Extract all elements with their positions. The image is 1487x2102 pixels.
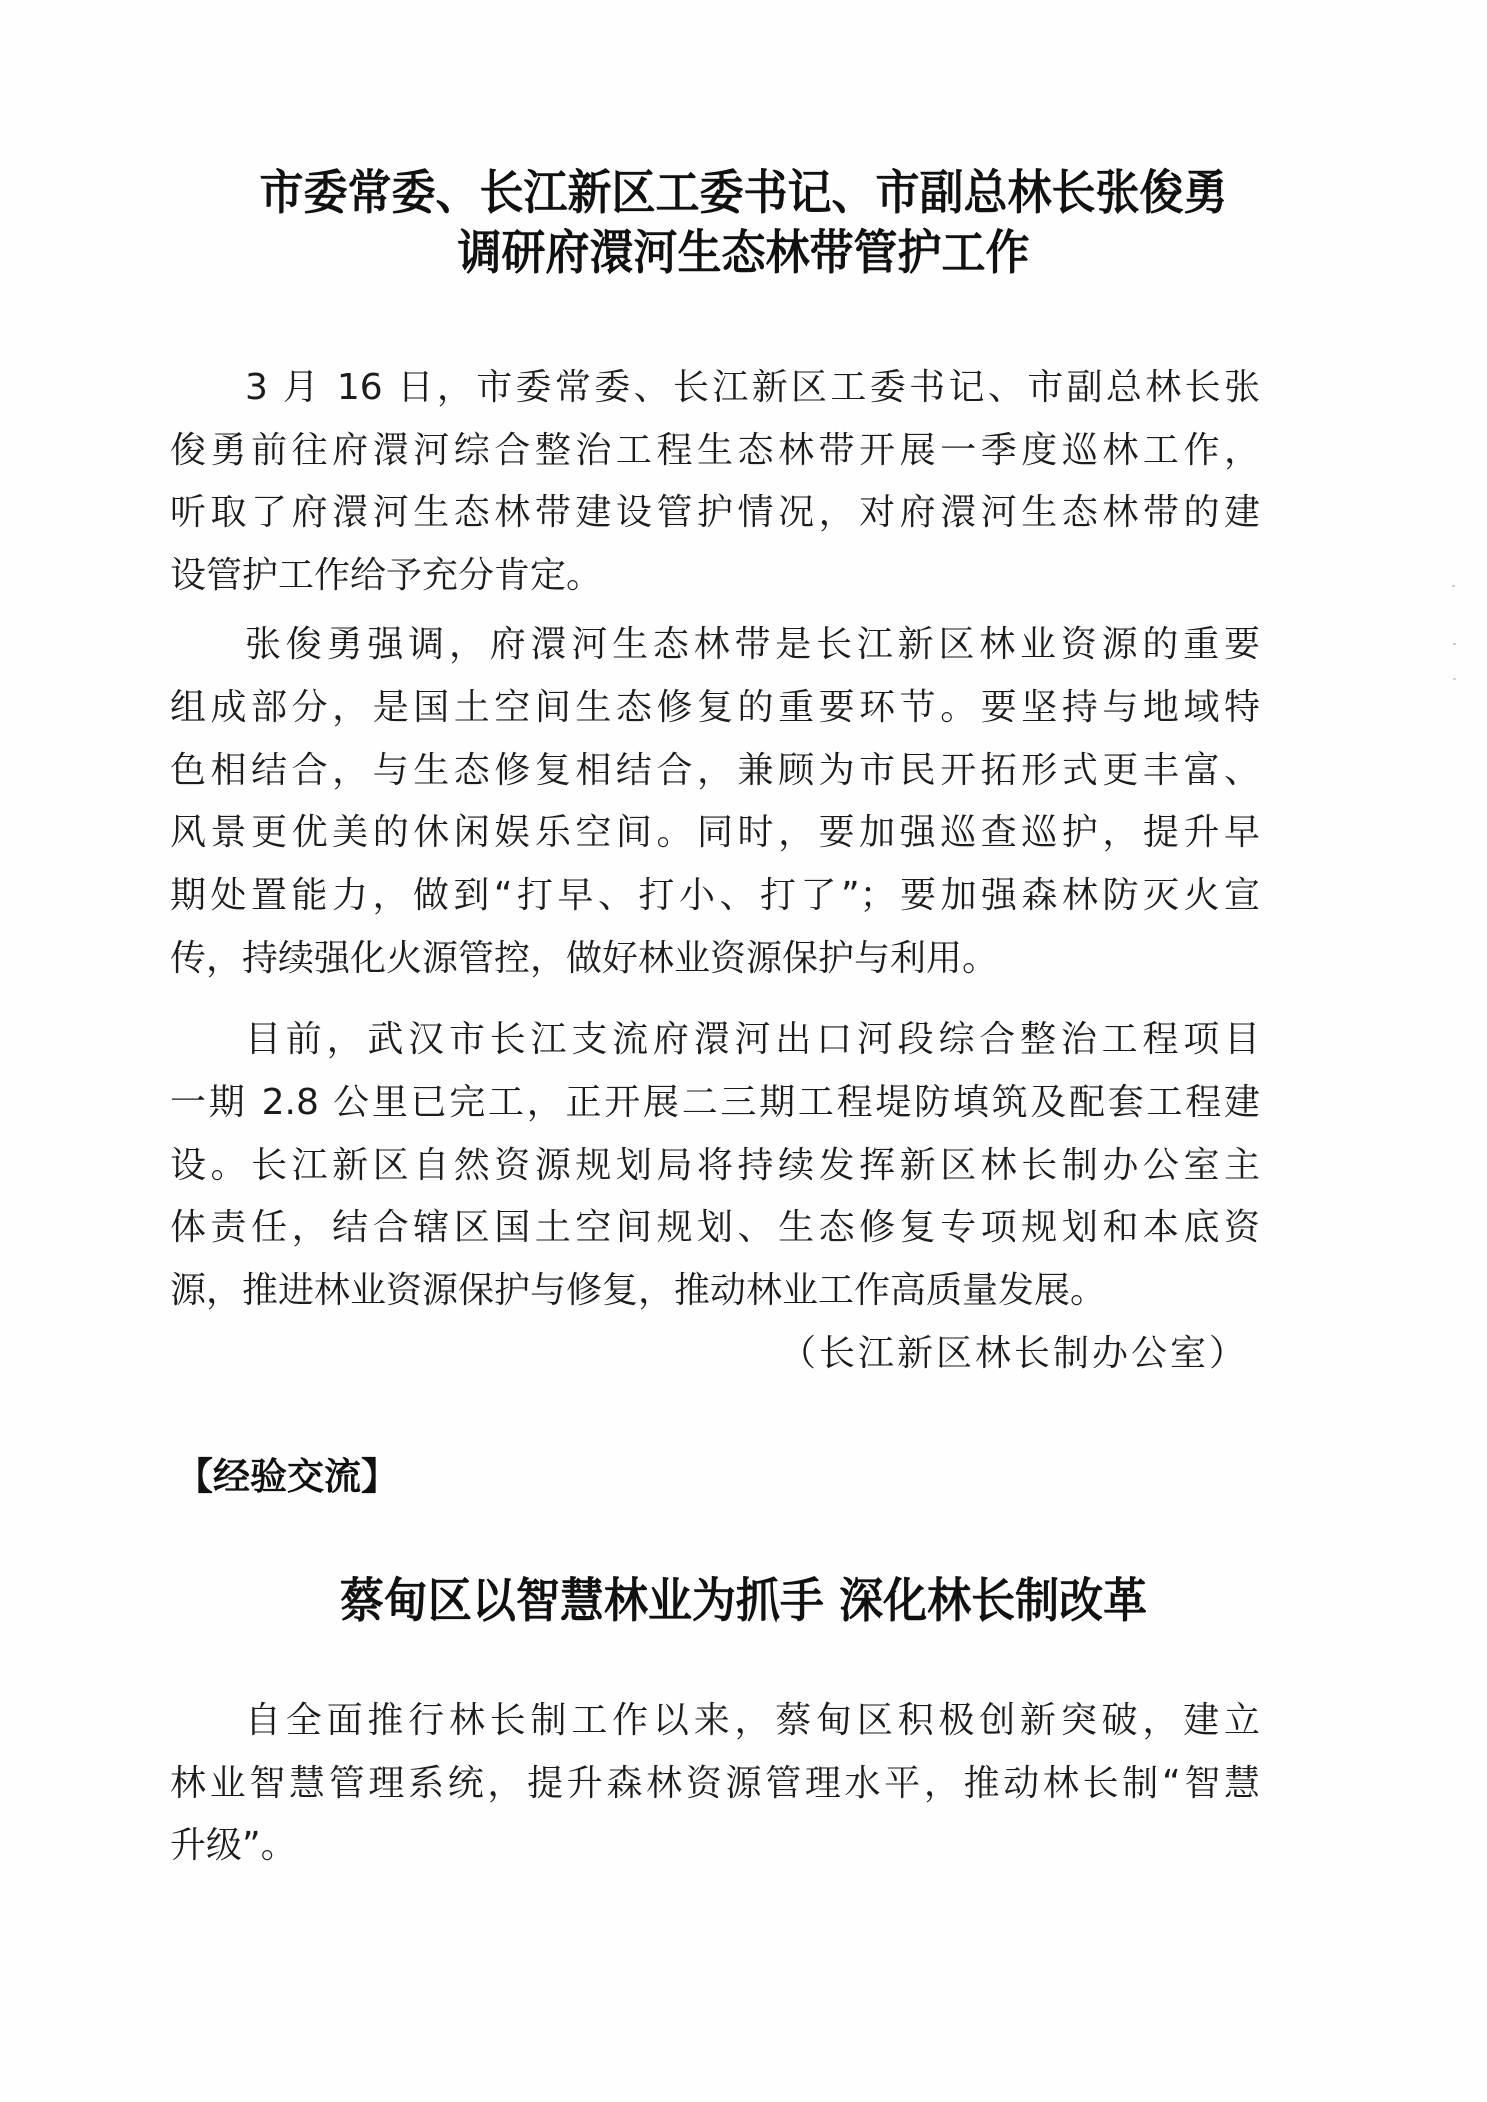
article-2-paragraph-line-3: 升级”。: [170, 1826, 1260, 1866]
scan-speck: [1453, 643, 1456, 645]
article-2-paragraph-line-1: 自全面推行林长制工作以来，蔡甸区积极创新突破，建立: [245, 1701, 1260, 1741]
paragraph-3-line-4: 体责任，结合辖区国土空间规划、生态修复专项规划和本底资: [170, 1208, 1260, 1248]
paragraph-1-line-4: 设管护工作给予充分肯定。: [170, 556, 1260, 596]
scan-speck: [1453, 678, 1456, 680]
paragraph-2-line-3: 色相结合，与生态修复相结合，兼顾为市民开拓形式更丰富、: [170, 751, 1260, 791]
paragraph-1-line-3: 听取了府澴河生态林带建设管护情况，对府澴河生态林带的建: [170, 493, 1260, 533]
scan-speck: [1452, 585, 1455, 587]
paragraph-2-line-5: 期处置能力，做到“打早、打小、打了”；要加强森林防灭火宣: [170, 876, 1260, 916]
paragraph-2-line-6: 传，持续强化火源管控，做好林业资源保护与利用。: [170, 939, 1260, 979]
article-title-line-1: 市委常委、长江新区工委书记、市副总林长张俊勇: [0, 162, 1487, 227]
article-attribution: （长江新区林长制办公室）: [780, 1334, 1240, 1374]
article-title-line-2: 调研府澴河生态林带管护工作: [0, 222, 1487, 287]
article-2-title: 蔡甸区以智慧林业为抓手 深化林长制改革: [0, 1570, 1487, 1635]
paragraph-3-line-5: 源，推进林业资源保护与修复，推动林业工作高质量发展。: [170, 1271, 1260, 1311]
paragraph-1-line-2: 俊勇前往府澴河综合整治工程生态林带开展一季度巡林工作，: [170, 431, 1260, 471]
paragraph-3-line-1: 目前，武汉市长江支流府澴河出口河段综合整治工程项目: [245, 1020, 1260, 1060]
paragraph-2-line-1: 张俊勇强调，府澴河生态林带是长江新区林业资源的重要: [245, 625, 1260, 665]
paragraph-3-line-3: 设。长江新区自然资源规划局将持续发挥新区林长制办公室主: [170, 1146, 1260, 1186]
paragraph-3-line-2: 一期 2.8 公里已完工，正开展二三期工程堤防填筑及配套工程建: [170, 1083, 1260, 1123]
paragraph-1-line-1: 3 月 16 日，市委常委、长江新区工委书记、市副总林长张: [245, 368, 1260, 408]
paragraph-2-line-2: 组成部分，是国土空间生态修复的重要环节。要坚持与地域特: [170, 688, 1260, 728]
document-page: 市委常委、长江新区工委书记、市副总林长张俊勇 调研府澴河生态林带管护工作 3 月…: [0, 0, 1487, 2102]
article-2-paragraph-line-2: 林业智慧管理系统，提升森林资源管理水平，推动林长制“智慧: [170, 1764, 1260, 1804]
section-heading: 【经验交流】: [176, 1455, 398, 1499]
paragraph-2-line-4: 风景更优美的休闲娱乐空间。同时，要加强巡查巡护，提升早: [170, 813, 1260, 853]
